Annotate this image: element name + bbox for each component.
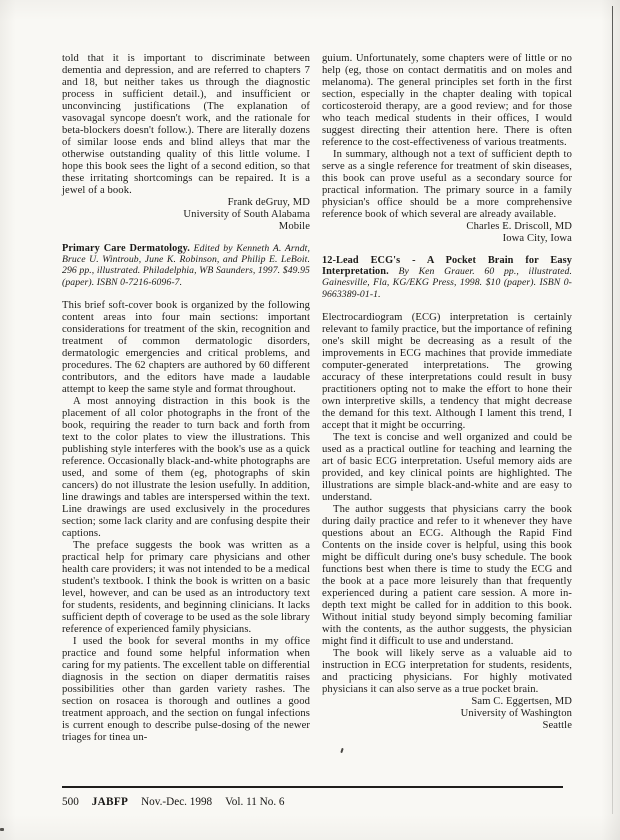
volume-number: Vol. 11 No. 6	[225, 796, 284, 808]
reviewer-city: Iowa City, Iowa	[322, 233, 572, 245]
scan-speck	[340, 748, 343, 753]
footer: 500 JABFP Nov.-Dec. 1998 Vol. 11 No. 6	[62, 796, 285, 808]
review-paragraph: A most annoying distraction in this book…	[62, 396, 310, 540]
right-column: guium. Unfortunately, some chapters were…	[322, 53, 572, 744]
review-paragraph: The text is concise and well organized a…	[322, 432, 572, 504]
reviewer-affiliation: University of Washington	[322, 708, 572, 720]
review-paragraph: Electrocardiogram (ECG) interpretation i…	[322, 312, 572, 432]
footer-rule	[62, 786, 563, 788]
review-paragraph: The preface suggests the book was writte…	[62, 540, 310, 636]
two-column-text: told that it is important to discriminat…	[62, 53, 572, 744]
page-number: 500	[62, 796, 79, 808]
journal-page: told that it is important to discriminat…	[0, 0, 620, 840]
reviewer-name: Frank deGruy, MD	[62, 197, 310, 209]
issue-date: Nov.-Dec. 1998	[141, 796, 212, 808]
book-citation: Primary Care Dermatology. Edited by Kenn…	[62, 243, 310, 288]
book-title: Primary Care Dermatology.	[62, 243, 190, 254]
reviewer-attribution: Frank deGruy, MD University of South Ala…	[62, 197, 310, 233]
review-paragraph: I used the book for several months in my…	[62, 636, 310, 744]
reviewer-affiliation: University of South Alabama	[62, 209, 310, 221]
reviewer-city: Mobile	[62, 221, 310, 233]
reviewer-name: Sam C. Eggertsen, MD	[322, 696, 572, 708]
review-paragraph: In summary, although not a text of suffi…	[322, 149, 572, 221]
reviewer-attribution: Charles E. Driscoll, MD Iowa City, Iowa	[322, 221, 572, 245]
book-citation: 12-Lead ECG's - A Pocket Brain for Easy …	[322, 255, 572, 300]
review-paragraph: The book will likely serve as a valuable…	[322, 648, 572, 696]
left-column: told that it is important to discriminat…	[62, 53, 310, 744]
scan-speck	[0, 828, 4, 831]
journal-abbreviation: JABFP	[92, 796, 128, 808]
scan-edge-line	[612, 6, 613, 814]
reviewer-city: Seattle	[322, 720, 572, 732]
review-paragraph: The author suggests that physicians carr…	[322, 504, 572, 648]
reviewer-name: Charles E. Driscoll, MD	[322, 221, 572, 233]
reviewer-attribution: Sam C. Eggertsen, MD University of Washi…	[322, 696, 572, 732]
review-paragraph: This brief soft-cover book is organized …	[62, 300, 310, 396]
review-paragraph-continuation: told that it is important to discriminat…	[62, 53, 310, 197]
review-paragraph-continuation: guium. Unfortunately, some chapters were…	[322, 53, 572, 149]
